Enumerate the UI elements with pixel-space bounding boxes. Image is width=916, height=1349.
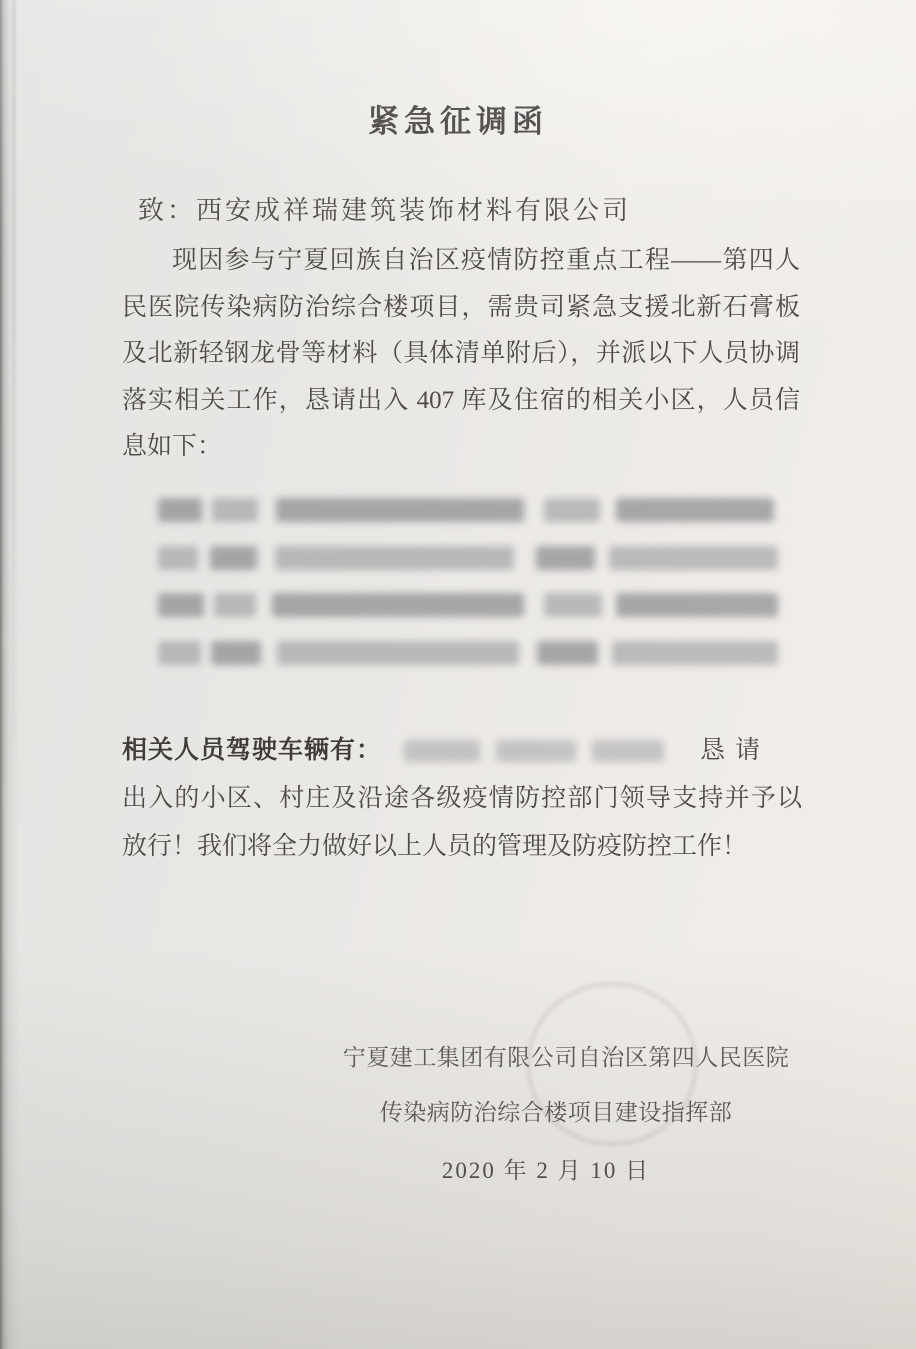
body-line: 及北新轻钢龙骨等材料（具体清单附后），并派以下人员协调 [122,331,800,378]
letter-title: 紧急征调函 [0,96,916,141]
redaction-blur [496,740,576,762]
signature-org-line1: 宁夏建工集团有限公司自治区第四人民医院 [312,1043,820,1073]
signature-date: 2020 年 2 月 10 日 [312,1152,820,1185]
redaction-blur [536,546,596,570]
body-line: 息如下： [122,424,800,471]
redaction-blur [616,498,774,522]
redacted-personnel-line [158,497,778,523]
body-paragraph: 现因参与宁夏回族自治区疫情防控重点工程——第四人 民医院传染病防治综合楼项目，需… [122,238,800,471]
document-photo: 紧急征调函 致：西安成祥瑞建筑装饰材料有限公司 现因参与宁夏回族自治区疫情防控重… [0,0,916,1349]
redaction-blur [544,593,602,617]
redaction-blur [592,740,664,762]
redacted-personnel-block [158,497,778,687]
redaction-blur [158,546,198,570]
redacted-personnel-line [158,640,778,666]
closing-line: 出入的小区、村庄及沿途各级疫情防控部门领导支持并予以 [122,775,802,823]
redaction-blur [612,641,778,665]
redaction-blur [214,593,256,617]
redaction-blur [277,641,520,665]
vehicles-suffix: 恳请 [700,727,770,775]
signature-org-line2: 传染病防治综合楼项目建设指挥部 [346,1098,766,1128]
redaction-blur [211,641,260,665]
redaction-blur [275,546,513,570]
redaction-blur [212,498,258,522]
redaction-blur [158,641,201,665]
redacted-personnel-line [158,592,778,618]
vehicle-plates-redacted [404,740,664,762]
redaction-blur [210,546,258,570]
photo-left-edge-shadow [0,0,20,1349]
redaction-blur [609,546,778,570]
vehicles-label: 相关人员驾驶车辆有： [122,727,382,775]
redacted-personnel-line [158,545,778,571]
redaction-blur [272,593,524,617]
redaction-blur [404,740,480,762]
vehicles-paragraph: 相关人员驾驶车辆有： 恳请 出入的小区、村庄及沿途各级疫情防控部门领导支持并予以… [122,727,802,871]
signature-block: 宁夏建工集团有限公司自治区第四人民医院 传染病防治综合楼项目建设指挥部 2020… [312,1043,820,1185]
body-line: 落实相关工作，恳请出入 407 库及住宿的相关小区，人员信 [122,378,800,425]
closing-line: 放行！我们将全力做好以上人员的管理及防疫防控工作！ [122,823,802,871]
salutation-line: 致：西安成祥瑞建筑装饰材料有限公司 [122,190,802,227]
body-line: 现因参与宁夏回族自治区疫情防控重点工程——第四人 [122,238,800,285]
body-line: 民医院传染病防治综合楼项目，需贵司紧急支援北新石膏板 [122,285,800,332]
redaction-blur [616,593,778,617]
redaction-blur [158,593,204,617]
redaction-blur [276,498,524,522]
redaction-blur [537,641,598,665]
vehicles-line: 相关人员驾驶车辆有： 恳请 [122,727,802,775]
redaction-blur [544,498,600,522]
redaction-blur [158,498,202,522]
